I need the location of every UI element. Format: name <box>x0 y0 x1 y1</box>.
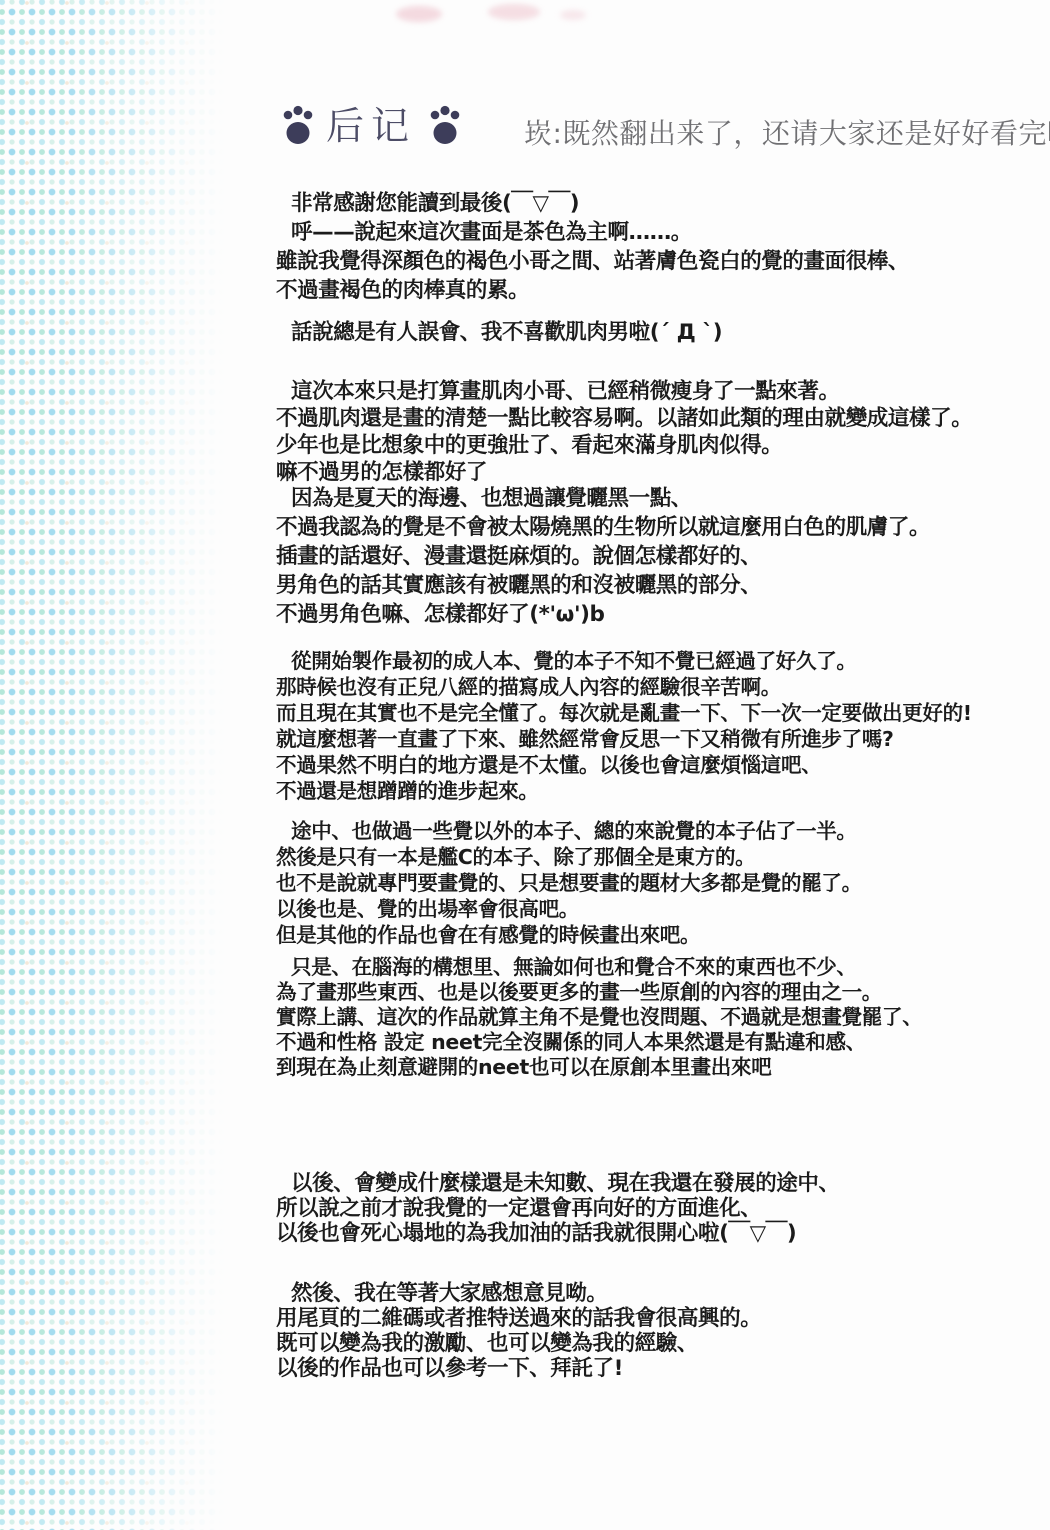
afterword-line: 雖說我覺得深顏色的褐色小哥之間、站著膚色瓷白的覺的畫面很棒、 <box>276 247 909 276</box>
afterword-line: 嘛不過男的怎樣都好了 <box>276 459 972 486</box>
afterword-line: 不過果然不明白的地方還是不太懂。以後也會這麼煩惱這吧、 <box>276 752 972 778</box>
afterword-line: 而且現在其實也不是完全懂了。每次就是亂畫一下、下一次一定要做出更好的! <box>276 700 972 726</box>
print-bleed-artifact <box>396 6 442 22</box>
afterword-line: 只是、在腦海的構想里、無論如何也和覺合不來的東西也不少、 <box>276 955 922 980</box>
page-title: 后记 <box>326 104 416 148</box>
afterword-line: 以後、會變成什麼樣還是未知數、現在我還在發展的途中、 <box>276 1171 840 1196</box>
afterword-line: 然後是只有一本是艦C的本子、除了那個全是東方的。 <box>276 844 862 870</box>
afterword-line: 到現在為止刻意避開的neet也可以在原創本里畫出來吧 <box>276 1055 922 1080</box>
afterword-line: 途中、也做過一些覺以外的本子、總的來說覺的本子佔了一半。 <box>276 818 862 844</box>
halftone-dot-pattern <box>0 0 235 1530</box>
afterword-line: 插畫的話還好、漫畫還挺麻煩的。說個怎樣都好的、 <box>276 542 930 571</box>
paragraph-original-plans: 只是、在腦海的構想里、無論如何也和覺合不來的東西也不少、 為了畫那些東西、也是以… <box>276 955 922 1080</box>
print-bleed-artifact <box>560 10 586 20</box>
afterword-line: 話說總是有人誤會、我不喜歡肌肉男啦(´ Д `) <box>276 318 722 347</box>
scanned-afterword-page: 后记 崁:既然翻出来了，还请大家还是好好看完哦 非常感謝您能讀到最後(￣▽￣) … <box>0 0 1050 1530</box>
afterword-line: 少年也是比想象中的更強壯了、看起來滿身肌肉似得。 <box>276 432 972 459</box>
afterword-line: 從開始製作最初的成人本、覺的本子不知不覺已經過了好久了。 <box>276 648 972 674</box>
afterword-line: 不過我認為的覺是不會被太陽燒黑的生物所以就這麼用白色的肌膚了。 <box>276 513 930 542</box>
afterword-line: 因為是夏天的海邊、也想過讓覺曬黑一點、 <box>276 484 930 513</box>
paragraph-first-works: 從開始製作最初的成人本、覺的本子不知不覺已經過了好久了。 那時候也沒有正兒八經的… <box>276 648 972 804</box>
afterword-line: 但是其他的作品也會在有感覺的時候畫出來吧。 <box>276 922 862 948</box>
afterword-line: 這次本來只是打算畫肌肉小哥、已經稍微瘦身了一點來著。 <box>276 378 972 405</box>
afterword-line: 用尾頁的二維碼或者推特送過來的話我會很高興的。 <box>276 1306 761 1331</box>
afterword-line: 就這麼想著一直畫了下來、雖然經常會反思一下又稍微有所進步了嗎? <box>276 726 972 752</box>
afterword-line: 不過肌肉還是畫的清楚一點比較容易啊。以諸如此類的理由就變成這樣了。 <box>276 405 972 432</box>
paragraph-other-books: 途中、也做過一些覺以外的本子、總的來說覺的本子佔了一半。 然後是只有一本是艦C的… <box>276 818 862 948</box>
translator-note: 崁:既然翻出来了，还请大家还是好好看完哦 <box>524 112 1050 152</box>
afterword-line: 以後也會死心塌地的為我加油的話我就很開心啦(￣▽￣) <box>276 1221 840 1246</box>
afterword-line: 男角色的話其實應該有被曬黑的和沒被曬黑的部分、 <box>276 571 930 600</box>
paragraph-misunderstanding: 話說總是有人誤會、我不喜歡肌肉男啦(´ Д `) <box>276 318 722 347</box>
paragraph-feedback: 然後、我在等著大家感想意見呦。 用尾頁的二維碼或者推特送過來的話我會很高興的。 … <box>276 1281 761 1381</box>
afterword-line: 實際上講、這次的作品就算主角不是覺也沒問題、不過就是想畫覺罷了、 <box>276 1005 922 1030</box>
afterword-line: 不過還是想蹭蹭的進步起來。 <box>276 778 972 804</box>
afterword-line: 不過男角色嘛、怎樣都好了(*'ω')b <box>276 600 930 629</box>
print-bleed-artifact <box>488 4 540 20</box>
afterword-line: 不過畫褐色的肉棒真的累。 <box>276 276 909 305</box>
paw-print-icon <box>281 104 314 148</box>
paragraph-tan: 因為是夏天的海邊、也想過讓覺曬黑一點、 不過我認為的覺是不會被太陽燒黑的生物所以… <box>276 484 930 629</box>
paragraph-muscle: 這次本來只是打算畫肌肉小哥、已經稍微瘦身了一點來著。 不過肌肉還是畫的清楚一點比… <box>276 378 972 486</box>
afterword-line: 不過和性格 設定 neet完全沒關係的同人本果然還是有點違和感、 <box>276 1030 922 1055</box>
afterword-line: 以後也是、覺的出場率會很高吧。 <box>276 896 862 922</box>
afterword-line: 以後的作品也可以參考一下、拜託了! <box>276 1356 761 1381</box>
afterword-line: 所以說之前才說我覺的一定還會再向好的方面進化、 <box>276 1196 840 1221</box>
afterword-line: 既可以變為我的激勵、也可以變為我的經驗、 <box>276 1331 761 1356</box>
paragraph-future: 以後、會變成什麼樣還是未知數、現在我還在發展的途中、 所以說之前才說我覺的一定還… <box>276 1171 840 1246</box>
afterword-line: 也不是說就專門要畫覺的、只是想要畫的題材大多都是覺的罷了。 <box>276 870 862 896</box>
afterword-line: 那時候也沒有正兒八經的描寫成人內容的經驗很辛苦啊。 <box>276 674 972 700</box>
paragraph-thanks: 非常感謝您能讀到最後(￣▽￣) 呼——說起來這次畫面是茶色為主啊……。 雖說我覺… <box>276 189 909 305</box>
afterword-line: 非常感謝您能讀到最後(￣▽￣) <box>276 189 909 218</box>
header: 后记 <box>281 104 461 148</box>
afterword-line: 呼——說起來這次畫面是茶色為主啊……。 <box>276 218 909 247</box>
afterword-line: 為了畫那些東西、也是以後要更多的畫一些原創的內容的理由之一。 <box>276 980 922 1005</box>
afterword-line: 然後、我在等著大家感想意見呦。 <box>276 1281 761 1306</box>
paw-print-icon <box>428 104 461 148</box>
